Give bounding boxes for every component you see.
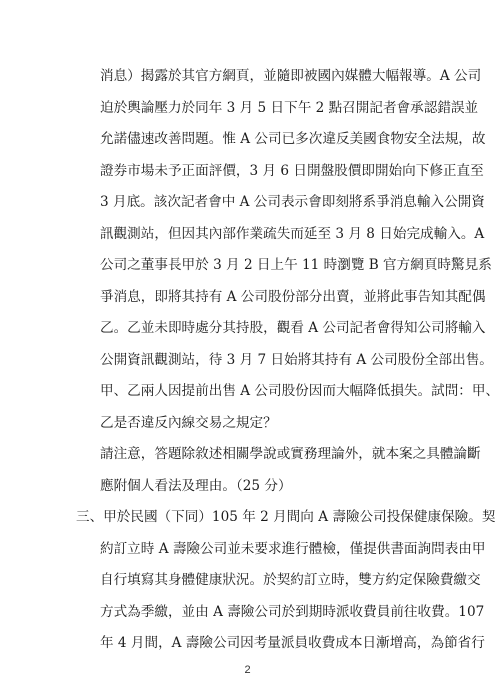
text-line: 年 4 月間，A 壽險公司因考量派員收費成本日漸增高，為節省行 bbox=[100, 633, 422, 653]
text-line: 自行填寫其身體健康狀況。於契約訂立時，雙方約定保險費繳交 bbox=[100, 570, 422, 590]
text-line: 乙是否違反內線交易之規定？ bbox=[100, 413, 422, 433]
text-line: 消息）揭露於其官方網頁，並隨即被國內媒體大幅報導。A 公司 bbox=[100, 66, 422, 86]
text-line: 公司之董事長甲於 3 月 2 日上午 11 時瀏覽 B 官方網頁時驚見系 bbox=[100, 255, 422, 275]
document-page: 消息）揭露於其官方網頁，並隨即被國內媒體大幅報導。A 公司迫於輿論壓力於同年 3… bbox=[0, 0, 495, 700]
text-line: 爭消息，即將其持有 A 公司股份部分出賣，並將此事告知其配偶 bbox=[100, 287, 422, 307]
text-line: 公開資訊觀測站，待 3 月 7 日始將其持有 A 公司股份全部出售。 bbox=[100, 350, 422, 370]
text-line: 證券市場未予正面評價，3 月 6 日開盤股價即開始向下修正直至 bbox=[100, 161, 422, 181]
text-line: 允諾儘速改善問題。惟 A 公司已多次違反美國食物安全法規，故 bbox=[100, 129, 422, 149]
text-line: 迫於輿論壓力於同年 3 月 5 日下午 2 點召開記者會承認錯誤並 bbox=[100, 98, 422, 118]
text-line: 訊觀測站，但因其內部作業疏失而延至 3 月 8 日始完成輸入。A bbox=[100, 224, 422, 244]
text-line: 3 月底。該次記者會中 A 公司表示會即刻將系爭消息輸入公開資 bbox=[100, 192, 422, 212]
text-line: 方式為季繳，並由 A 壽險公司於到期時派收費員前往收費。107 bbox=[100, 602, 422, 622]
question-heading-line: 三、甲於民國（下同）105 年 2 月間向 A 壽險公司投保健康保險。契 bbox=[76, 507, 422, 527]
text-line: 約訂立時 A 壽險公司並未要求進行體檢，僅提供書面詢問表由甲 bbox=[100, 539, 422, 559]
text-line: 甲、乙兩人因提前出售 A 公司股份因而大幅降低損失。試問：甲、 bbox=[100, 381, 422, 401]
text-line: 應附個人看法及理由。（25 分） bbox=[100, 476, 422, 496]
text-line: 乙。乙並未即時處分其持股，觀看 A 公司記者會得知公司將輸入 bbox=[100, 318, 422, 338]
page-number: 2 bbox=[0, 664, 495, 676]
text-line: 請注意，答題除敘述相關學說或實務理論外，就本案之具體論斷 bbox=[100, 444, 422, 464]
